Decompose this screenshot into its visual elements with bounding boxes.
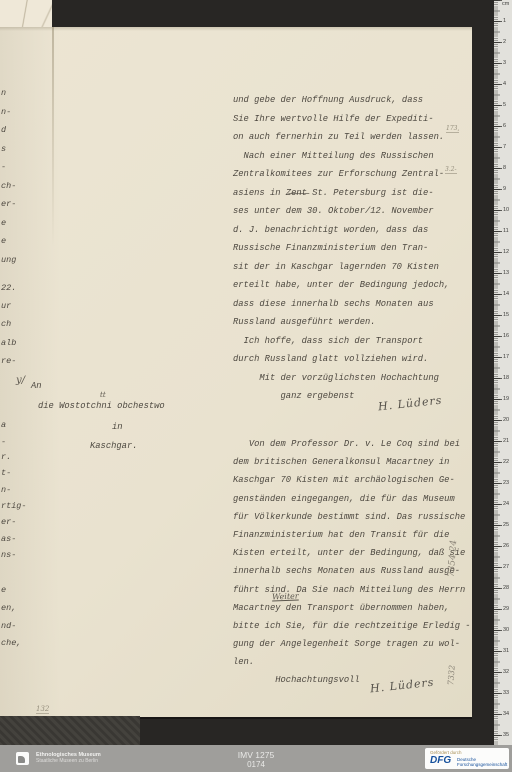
text-fragment: 22. — [1, 283, 16, 293]
typed-line: asiens in Z̶e̶n̶t̶ St. Petersburg ist di… — [233, 188, 449, 207]
ruler-number: 28 — [503, 585, 509, 591]
typed-line: Macartney den Transport übernommen haben… — [233, 603, 471, 621]
typed-line: Nach einer Mitteilung des Russischen — [233, 151, 449, 170]
text-fragment: s — [1, 144, 6, 154]
typed-line: Kisten erteilt, unter der Bedingung, daß… — [233, 548, 471, 566]
typed-line: Von dem Professor Dr. v. Le Coq sind bei — [233, 439, 471, 457]
typed-line: Finanzministerium hat den Transit für di… — [233, 530, 471, 548]
ruler-number: 35 — [503, 732, 509, 738]
ruler-number: 29 — [503, 606, 509, 612]
ruler-number: 1 — [503, 18, 506, 24]
typed-line: dass diese innerhalb sechs Monaten aus — [233, 299, 449, 318]
text-fragment: en, — [1, 603, 16, 613]
text-fragment: ns- — [1, 550, 16, 560]
text-fragment: n- — [1, 485, 11, 495]
ruler-number: 33 — [503, 690, 509, 696]
typed-line: Ich hoffe, dass sich der Transport — [233, 336, 449, 355]
margin-note: 3.2- — [445, 166, 457, 174]
ruler-number: 12 — [503, 249, 509, 255]
typed-line: Sie Ihre wertvolle Hilfe der Expediti- — [233, 114, 449, 133]
ruler-number: 18 — [503, 375, 509, 381]
address-line: Kaschgar. — [90, 441, 138, 451]
typed-line: führt sind. Da Sie nach Mitteilung des H… — [233, 585, 471, 603]
ruler-number: 16 — [503, 333, 509, 339]
ruler-unit-label: cm — [502, 1, 509, 7]
ruler-number: 7 — [503, 144, 506, 150]
ruler-number: 14 — [503, 291, 509, 297]
dfg-org-name-line2: Forschungsgemeinschaft — [457, 762, 507, 767]
text-fragment: n — [1, 88, 6, 98]
typed-line: Russland ausgeführt werden. — [233, 317, 449, 336]
ruler-number: 30 — [503, 627, 509, 633]
ruler-number: 10 — [503, 207, 509, 213]
text-fragment: a — [1, 420, 6, 430]
address-line: die Wostotchni obchestwo — [38, 401, 165, 411]
text-fragment: - — [1, 437, 6, 447]
typed-line: genständen eingegangen, die für das Muse… — [233, 494, 471, 512]
dfg-logo: Gefördert durch DFG Deutsche Forschungsg… — [425, 748, 509, 769]
dfg-logo-text: DFG — [430, 755, 451, 766]
ruler-number: 13 — [503, 270, 509, 276]
text-fragment: rtig- — [1, 501, 27, 511]
scanned-document-view: nn-ds-ch-er-eeung22.urchalbre-a-r.t-n-rt… — [0, 0, 512, 772]
ruler-number: 31 — [503, 648, 509, 654]
typed-line: bitte ich Sie, für die rechtzeitige Erle… — [233, 621, 471, 639]
typed-line: und gebe der Hoffnung Ausdruck, dass — [233, 95, 449, 114]
typed-line: gung der Angelegenheit Sorge tragen zu w… — [233, 639, 471, 657]
typed-line: Hochachtungsvoll — [233, 675, 471, 693]
text-fragment: ung — [1, 255, 16, 265]
ruler-number: 2 — [503, 39, 506, 45]
text-fragment: t- — [1, 468, 11, 478]
text-fragment: n- — [1, 107, 11, 117]
text-fragment: er- — [1, 517, 16, 527]
typed-line: Zentralkomitees zur Erforschung Zentral- — [233, 169, 449, 188]
typed-line: d. J. benachrichtigt worden, dass das — [233, 225, 449, 244]
text-fragment: ur — [1, 301, 11, 311]
ruler-number: 11 — [503, 228, 509, 234]
ruler-number: 26 — [503, 543, 509, 549]
cm-ruler: cm 1234567891011121314151617181920212223… — [494, 0, 512, 745]
typed-paragraph-1: und gebe der Hoffnung Ausdruck, dassSie … — [233, 95, 449, 410]
ruler-number: 15 — [503, 312, 509, 318]
text-fragment: alb — [1, 338, 16, 348]
text-fragment: er- — [1, 199, 16, 209]
typed-line: dem britischen Generalkonsul Macartney i… — [233, 457, 471, 475]
weiter-insertion: Weiter — [272, 592, 299, 602]
typed-paragraph-2: Von dem Professor Dr. v. Le Coq sind bei… — [233, 439, 471, 694]
address-mark: y/ — [16, 375, 25, 386]
text-fragment: ch- — [1, 181, 16, 191]
ruler-number: 19 — [503, 396, 509, 402]
ruler-number: 17 — [503, 354, 509, 360]
ruler-number: 25 — [503, 522, 509, 528]
text-fragment: r. — [1, 452, 11, 462]
ruler-number: 8 — [503, 165, 506, 171]
text-fragment: re- — [1, 356, 16, 366]
ruler-number: 3 — [503, 60, 506, 66]
margin-note: 173, — [446, 125, 459, 133]
ruler-number: 21 — [503, 438, 509, 444]
text-fragment: e — [1, 236, 6, 246]
typed-line: Kaschgar 70 Kisten mit archäologischen G… — [233, 475, 471, 493]
typed-line: Mit der vorzüglichsten Hochachtung — [233, 373, 449, 392]
text-fragment: d — [1, 125, 6, 135]
ruler-number: 23 — [503, 480, 509, 486]
address-line: in — [112, 422, 123, 432]
ruler-number: 34 — [503, 711, 509, 717]
text-fragment: as- — [1, 534, 16, 544]
typed-line: sit der in Kaschgar lagernden 70 Kisten — [233, 262, 449, 281]
typed-line: ses unter dem 30. Oktober/12. November — [233, 206, 449, 225]
text-fragment: e — [1, 585, 6, 595]
ruler-number: 22 — [503, 459, 509, 465]
archive-id-line1: IMV 1275 — [238, 750, 274, 760]
typed-line: durch Russland glatt vollziehen wird. — [233, 354, 449, 373]
ruler-number: 20 — [503, 417, 509, 423]
insertion-mark: tt — [100, 391, 106, 399]
ruler-number: 5 — [503, 102, 506, 108]
background-fabric — [0, 716, 140, 746]
text-fragment: e — [1, 218, 6, 228]
typed-line: Russische Finanzministerium den Tran- — [233, 243, 449, 262]
margin-note-vertical: 7332 — [446, 665, 456, 686]
text-fragment: - — [1, 162, 6, 172]
ruler-number: 32 — [503, 669, 509, 675]
dfg-org-name: Deutsche Forschungsgemeinschaft — [457, 757, 507, 767]
ruler-number: 4 — [503, 81, 506, 87]
ruler-number: 9 — [503, 186, 506, 192]
typed-line: für Völkerkunde bestimmt sind. Das russi… — [233, 512, 471, 530]
footer-bar: Ethnologisches Museum Staatliche Museen … — [0, 745, 512, 772]
typed-line: on auch fernerhin zu Teil werden lassen. — [233, 132, 449, 151]
text-fragment: nd- — [1, 621, 16, 631]
ruler-number: 24 — [503, 501, 509, 507]
typed-line: innerhalb sechs Monaten aus Russland aus… — [233, 566, 471, 584]
ruler-number: 6 — [503, 123, 506, 129]
text-fragment: che, — [1, 638, 21, 648]
text-fragment: ch — [1, 319, 11, 329]
paper-crease — [52, 27, 54, 247]
ruler-number: 27 — [503, 564, 509, 570]
typed-line: len. — [233, 657, 471, 675]
address-line: An — [31, 381, 42, 391]
typed-line: erteilt habe, unter der Bedingung jedoch… — [233, 280, 449, 299]
page-number-pencil: 132 — [36, 705, 49, 714]
